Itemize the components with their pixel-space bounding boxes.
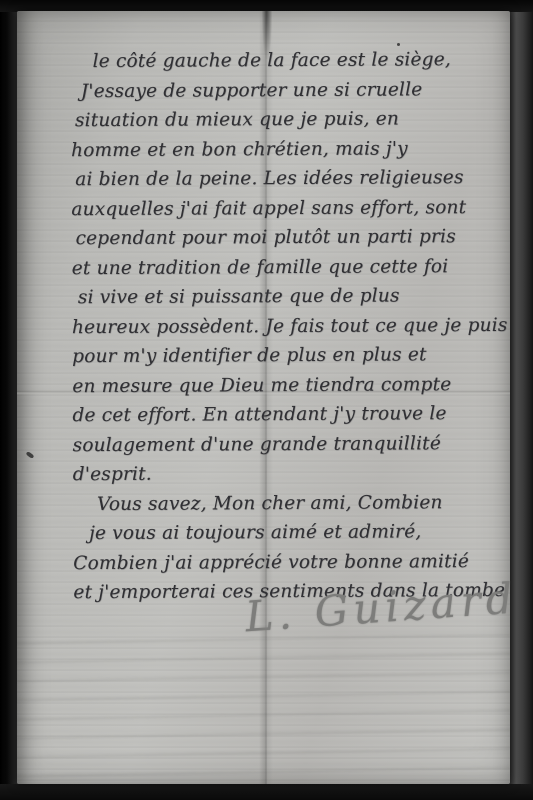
letter-line: en mesure que Dieu me tiendra compte — [72, 369, 514, 401]
letter-line: homme et en bon chrétien, mais j'y — [71, 133, 513, 165]
letter-line: et une tradition de famille que cette fo… — [72, 251, 514, 283]
letter-line: situation du mieux que je puis, en — [71, 104, 513, 136]
ink-speck — [26, 451, 35, 459]
letter-paper: le côté gauche de la face est le siège, … — [17, 11, 510, 784]
letter-line: J'essaye de supporter une si cruelle — [71, 74, 513, 106]
handwritten-text-block: le côté gauche de la face est le siège, … — [71, 45, 516, 608]
scan-frame-left — [0, 0, 18, 800]
letter-line: de cet effort. En attendant j'y trouve l… — [72, 399, 514, 431]
letter-line: le côté gauche de la face est le siège, — [71, 45, 513, 77]
letter-line: d'esprit. — [73, 458, 515, 490]
letter-line: pour m'y identifier de plus en plus et — [72, 340, 514, 372]
letter-line: Combien j'ai apprécié votre bonne amitié — [73, 546, 515, 578]
letter-line: Vous savez, Mon cher ami, Combien — [73, 487, 515, 519]
letter-line: heureux possèdent. Je fais tout ce que j… — [72, 310, 514, 342]
letter-line: je vous ai toujours aimé et admiré, — [73, 517, 515, 549]
letter-line: ai bien de la peine. Les idées religieus… — [71, 163, 513, 195]
scanned-letter-page: le côté gauche de la face est le siège, … — [0, 0, 533, 800]
letter-line: auxquelles j'ai fait appel sans effort, … — [71, 192, 513, 224]
letter-line: si vive et si puissante que de plus — [72, 281, 514, 313]
letter-line: cependant pour moi plutôt un parti pris — [71, 222, 513, 254]
letter-line: soulagement d'une grande tranquillité — [73, 428, 515, 460]
scan-frame-bottom — [0, 784, 533, 800]
ink-bleedthrough-texture — [17, 634, 510, 784]
